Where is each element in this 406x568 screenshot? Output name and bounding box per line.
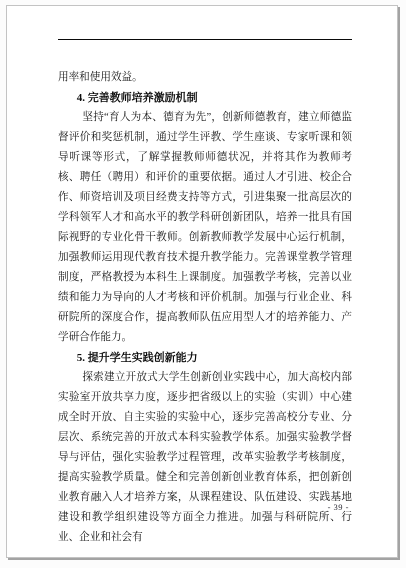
header-rule [58,39,352,40]
paragraph-continued: 用率和使用效益。 [58,68,352,88]
section-body-5: 探索建立开放式大学生创新创业实践中心，加大高校内部实验室开放共享力度，逐步把省级… [58,368,352,548]
section-heading-4: 4. 完善教师培养激励机制 [58,88,352,108]
page-number: - 39 - [328,502,349,512]
section-heading-5: 5. 提升学生实践创新能力 [58,348,352,368]
document-page: 用率和使用效益。 4. 完善教师培养激励机制 坚持“育人为本、德育为先”，创新师… [6,5,398,558]
section-body-4: 坚持“育人为本、德育为先”，创新师德教育，建立师德监督评价和奖惩机制，通过学生评… [58,108,352,348]
page-content: 用率和使用效益。 4. 完善教师培养激励机制 坚持“育人为本、德育为先”，创新师… [58,68,352,548]
